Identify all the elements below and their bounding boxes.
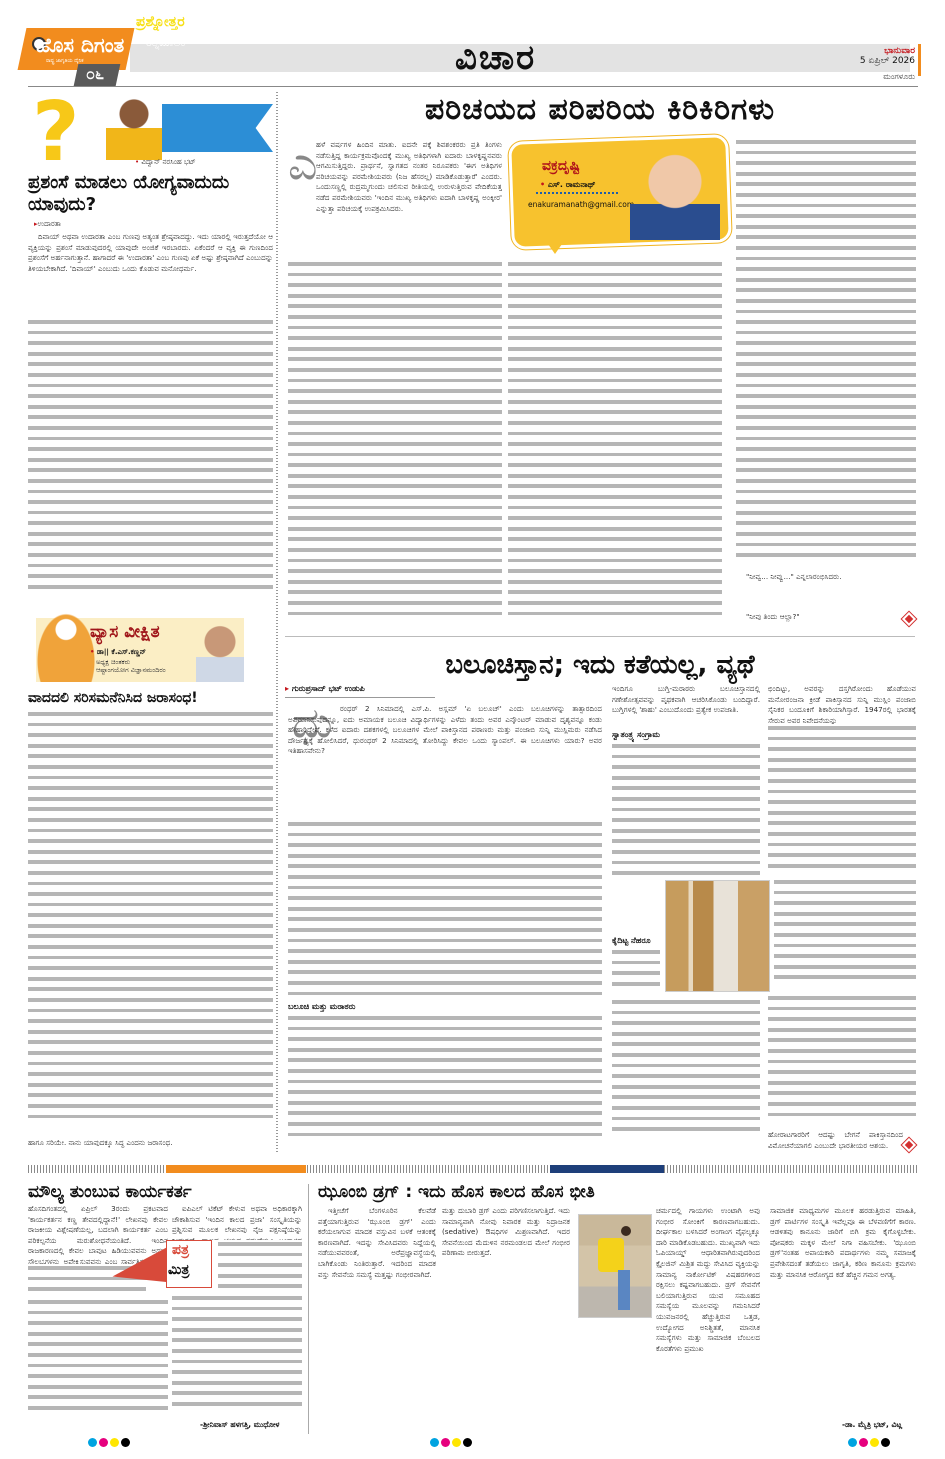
karyakarta-body-col2-beside [218,1242,302,1294]
qa-banner-title: ಪ್ರಶ್ನೋತ್ತರ [136,14,185,30]
question-mark-icon: ? [32,92,80,174]
baluchistan-body-col3-beside-photo [774,880,916,992]
bullet-icon: • [540,180,548,189]
lead-body-col1: ಹಳೆ ವರ್ಷಗಳ ಹಿಂದಿನ ಮಾತು. ಐದನೇ ಪಕ್ಕೆ ಶಿವಶಂ… [316,140,502,260]
karyakarta-body-col2: ಐಪಿಎಲ್ ಟಿಕೆಟ್ ಕೇಳುವ ಅಥವಾ ಅಧಿಕಾರಕ್ಕಾಗಿ ಚೌ… [172,1204,302,1240]
black-dot-icon [881,1438,890,1447]
photo-figure [618,1270,630,1310]
print-registration-marks [88,1438,130,1447]
baluchistan-headline[interactable]: ಬಲೂಚಿಸ್ತಾನ; ಇದು ಕತೆಯಲ್ಲ, ವ್ಯಥೆ [285,650,915,681]
yellow-dot-icon [452,1438,461,1447]
vakradrishti-author: • ಎಸ್. ರಾಮನಾಥ್ [540,180,595,190]
vyasa-author-role: ಅಧ್ಯಕ್ಷ ಚಿಂತಕರು ಆಷ್ಟಾಂಗಯೋಗ ವಿಜ್ಞಾನಮಂದಿರಂ [96,658,166,674]
section-title: ವಿಚಾರ [455,38,536,78]
issue-date: 5 ಏಪ್ರಿಲ್ 2026 [860,56,915,66]
qa-kicker: ▸ಉದಾರತಾ [34,220,61,229]
baluchistan-closing: ಹೋರಾಟಗಾರರಿಗೆ ಆದಷ್ಟು ಬೇಗನೆ ಪಾಕಿಸ್ತಾನದಿಂದ … [768,1130,903,1152]
black-dot-icon [121,1438,130,1447]
baluchistan-body-col3: ಛಿಂದಿಟ್ಟು, ಅವರನ್ನು ದಸ್ತಗಿರೋಂದು ಹೊಡೆಯುವ ಮ… [768,684,916,724]
magenta-dot-icon [441,1438,450,1447]
photo-backpack [598,1238,624,1272]
baluchistan-body-col3-cont [768,726,916,876]
zombie-signature: -ಡಾ. ಮೈತ್ರಿ ಭಟ್, ವಿಟ್ಲ [842,1420,902,1430]
patra-label: ಪತ್ರ [172,1242,189,1258]
baluchistan-body-col2-cont [612,744,760,884]
edition-name: ಮಂಗಳೂರು [860,72,915,82]
baluchistan-body-col2: ಇಂದಿಗೂ ಬುಗ್ತಿ-ಮರಾಠರು ಬಲೂಚಿಸ್ತಾನದಲ್ಲಿ ಗಣೇ… [612,684,760,724]
vakradrishti-title: ವಕ್ರದೃಷ್ಟಿ [542,158,580,174]
zombie-drug-headline[interactable]: ಝೂಂಬಿ ಡ್ರಗ್ : ಇದು ಹೊಸ ಕಾಲದ ಹೊಸ ಭೀತಿ [318,1182,595,1202]
magenta-dot-icon [99,1438,108,1447]
column-divider [276,92,278,1152]
baluchistan-body-col1-cont [288,822,602,1012]
sage-illustration [36,612,96,682]
bullet-icon: • [90,648,97,656]
karyakarta-body-col2-end [172,1296,302,1420]
blue-accent-strip [550,1165,664,1173]
yellow-dot-icon [110,1438,119,1447]
black-dot-icon [463,1438,472,1447]
page-number: ೦೬ [86,64,104,84]
qa-author-name: ವಿದ್ವಾನ್ ನರಸಿಂಹ ಭಟ್ [141,158,195,166]
qa-banner-subtitle: ರತ್ನಮಾಲಿಕೆ [146,36,186,50]
section-rule [285,636,915,637]
yellow-dot-icon [870,1438,879,1447]
qa-body-continued [28,320,273,602]
masthead: ಹೊಸ ದಿಗಂತ ರಾಷ್ಟ್ರ ಜಾಗೃತಿಯ ದೈನಿಕ ೦೬ ವಿಚಾರ… [0,28,945,90]
dotted-divider [536,192,618,195]
triangle-bullet-icon: ▸ [285,684,289,693]
lead-body-col1-cont [288,262,502,632]
karyakarta-body-col1-end [28,1300,168,1428]
masthead-rule [28,86,918,87]
lead-body-col2 [508,262,722,632]
baluchistan-body-col2-end [612,1000,760,1150]
baluchistan-subhead: ಕೈದಿಟ್ಟ ನೆಹರೂ [612,936,651,946]
cyan-dot-icon [430,1438,439,1447]
cyan-dot-icon [848,1438,857,1447]
baluchistan-body-col1-end [288,1016,602,1151]
zombie-body-col4: ಸಾಮಾಜಿಕ ಮಾಧ್ಯಮಗಳ ಮೂಲಕ ಹರಡುತ್ತಿರುವ ಮಾಹಿತಿ… [770,1206,916,1418]
qa-author-photo [106,96,162,160]
baluchistan-body-col3-end [768,996,916,1126]
date-accent-bar [918,44,921,76]
speech-bubble-tail [548,244,562,254]
photo-figure-head [621,1226,631,1236]
mitra-label: ಮಿತ್ರ [168,1262,189,1278]
print-registration-marks [848,1438,890,1447]
vyasa-author: • ಡಾ|| ಕೆ.ಎಸ್.ಕಣ್ಣನ್ [90,648,146,657]
vakradrishti-author-photo [630,150,720,240]
baluchistan-body-col2-mid [612,950,660,1000]
baluchistan-body-col1: ರಂಧರ್ 2 ಸಿನಿಮಾದಲ್ಲಿ ಎಸ್.ಪಿ. ಅಸ್ಲಮ್ 'ಏ ಬಲ… [288,704,602,820]
magenta-dot-icon [859,1438,868,1447]
weekday: ಭಾನುವಾರ [860,46,915,56]
baluchistan-subhead: ಸ್ವಾತಂತ್ರ್ಯ ಸಂಗ್ರಾಮ [612,730,660,740]
column-rule [308,1184,309,1434]
lead-closing-quote: "ನೀವು ತಿಂದು ಆಲ್ಲಾ?" [736,612,916,626]
author-email-link[interactable]: enakuramanath@gmail.com [528,200,634,209]
zombie-body-col2: ಮತ್ತು ದುಬಾರಿ ಡ್ರಗ್ ಎಂದು ಪರಿಗಣಿಸಲಾಗುತ್ತಿದ… [442,1206,570,1431]
baluchi-people-photo [665,880,770,992]
vyasa-banner-title: ವ್ಯಾಸ ವೀಕ್ಷಿತ [90,622,160,642]
newspaper-logo[interactable]: ಹೊಸ ದಿಗಂತ [36,33,124,57]
vyasa-closing: ಹಾಗೂ ಸರಿಯೇ. ನಾನು ಯಾವುದಕ್ಕೂ ಸಿದ್ಧ ಎಂದನು ಜ… [28,1138,273,1150]
orange-accent-strip [166,1165,306,1173]
zombie-body-col1: ಇತ್ತೀಚೆಗೆ ಬೆಂಗಳೂರಿನ ಕೆಲವೆಡೆ ಪತ್ತೆಯಾಗುತ್ತ… [318,1206,436,1431]
section-separator-strip [28,1165,918,1173]
qa-author-byline: • ವಿದ್ವಾನ್ ನರಸಿಂಹ ಭಟ್ [135,158,196,167]
lead-dropcap: ಎ [288,140,318,186]
baluchistan-subhead: ಬಲೂಚಿ ಮತ್ತು ಮರಾಠರು [288,1002,355,1012]
vyasa-body [28,712,273,1132]
qa-headline[interactable]: ಪ್ರಶಂಸೆ ಮಾಡಲು ಯೋಗ್ಯವಾದುದು ಯಾವುದು? [28,172,278,216]
karyakarta-headline[interactable]: ಮೌಲ್ಯ ತುಂಬುವ ಕಾರ್ಯಕರ್ತ [28,1182,192,1202]
lead-closing-lines: "ನೀವ್ವ... ನೀವ್ವು..." ಎನ್ನಲಾರಂಭಿಸಿದರು. [736,572,916,586]
print-registration-marks [430,1438,472,1447]
lead-body-col3 [736,140,916,570]
article-end-mark-icon [902,1138,916,1152]
vyasa-headline[interactable]: ವಾದದಲಿ ಸರಿಸಮನೆನಿಸಿದ ಜರಾಸಂಧ! [28,690,198,706]
lead-article-headline[interactable]: ಪರಿಚಯದ ಪರಿಪರಿಯ ಕಿರಿಕಿರಿಗಳು [285,92,915,127]
date-block: ಭಾನುವಾರ 5 ಏಪ್ರಿಲ್ 2026 ಮಂಗಳೂರು [860,46,915,82]
vyasa-author-photo [196,620,244,682]
karyakarta-signature: -ಶ್ರೀನಿವಾಸ್ ಹಳಗತ್ತಿ, ಮುಧೋಳ [200,1420,279,1430]
cyan-dot-icon [88,1438,97,1447]
zombie-body-col3: ಚರ್ಮದಲ್ಲಿ ಗಾಯಗಳು ಉಂಟಾಗಿ ಅವು ಗಂಭೀರ ಸೋಂಕಿಗ… [656,1206,760,1431]
baluchistan-byline: ▸ ಗುರುಪ್ರಸಾದ್ ಭಟ್ ಉಡುಪಿ [285,684,365,694]
